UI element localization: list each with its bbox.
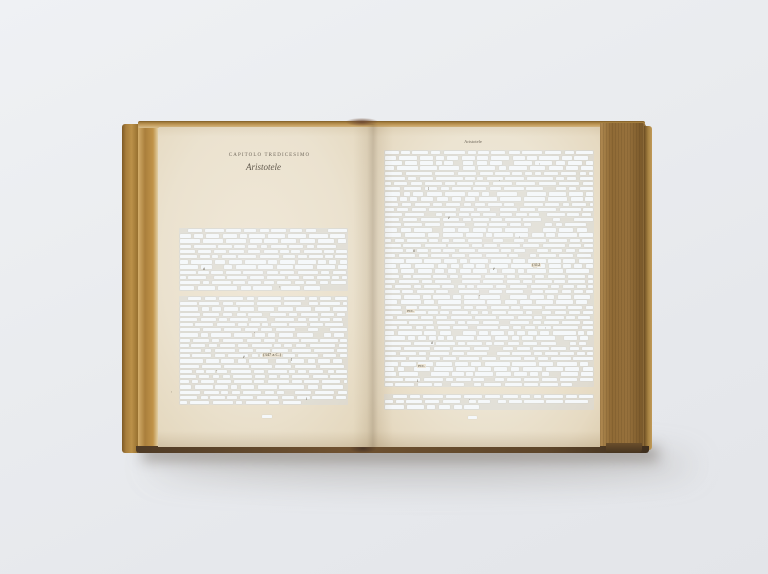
cut-out-word [203,313,219,316]
cut-out-word [570,342,576,345]
cut-out-word [437,321,455,324]
cut-out-word [412,208,425,211]
cut-out-word [477,208,490,211]
cut-out-word [444,223,464,226]
erased-text-line [385,233,593,236]
cut-out-word [579,249,593,252]
cut-out-word [226,271,241,274]
cut-out-word [239,349,253,352]
cut-out-word [436,342,454,345]
cut-out-word [332,276,339,279]
cut-out-word [433,275,447,278]
cut-out-word [419,254,428,257]
cut-out-word [456,367,475,370]
cut-out-word [211,333,232,336]
cut-out-word [296,307,311,310]
cut-out-word [500,208,517,211]
cut-out-word [224,307,238,310]
cut-out-word [477,177,483,180]
cut-out-word [385,151,399,154]
cut-out-word [473,269,487,272]
erased-text-line [385,311,593,314]
cut-out-word [525,326,535,329]
surviving-text-fragment: (312 [531,263,541,267]
cut-out-word [527,269,546,272]
cut-out-word [533,347,549,350]
cut-out-word [498,400,506,403]
cut-out-word [385,264,396,267]
cut-out-word [295,391,311,394]
erased-text-line [385,182,593,185]
cut-out-word [385,405,404,408]
cut-out-word [583,208,593,211]
cut-out-word [405,213,424,216]
cut-out-word [536,336,556,339]
erased-text-line [385,285,593,288]
cut-out-word [541,342,556,345]
cut-out-word [424,331,435,334]
cut-out-word [264,250,278,253]
cut-out-word [566,269,589,272]
cut-out-word [295,265,312,268]
cut-out-word [434,367,454,370]
cut-out-word [479,331,488,334]
cut-out-word [396,400,404,403]
erased-text-line [180,339,347,342]
cut-out-word [318,359,329,362]
cut-out-word [405,161,417,164]
cut-out-word [385,218,399,221]
cut-out-word [443,400,460,403]
cut-out-word [322,385,343,388]
cut-out-word [579,233,593,236]
erased-text-line [385,203,593,206]
cut-out-word [402,290,412,293]
cut-out-word [194,245,216,248]
cut-out-word [317,276,329,279]
cut-out-word [546,233,555,236]
cut-out-word [400,264,411,267]
cut-out-word [487,177,503,180]
cut-out-word [475,372,493,375]
cut-out-word [465,177,474,180]
cut-out-word [399,280,419,283]
cut-out-word [463,218,470,221]
cut-out-word [336,250,347,253]
cut-out-word [201,333,208,336]
cut-out-word [298,354,318,357]
cut-out-word [426,326,434,329]
cut-out-word [463,264,474,267]
cut-out-word [335,297,347,300]
cut-out-word [478,367,492,370]
cut-out-word [333,307,347,310]
cut-out-word [415,264,435,267]
cut-out-word [582,347,593,350]
cut-out-word [483,213,496,216]
cut-out-word [292,375,309,378]
cut-out-word [261,328,272,331]
cut-out-word [566,166,578,169]
cut-out-word [268,370,287,373]
erased-text-line [180,281,347,284]
cut-out-word [514,161,532,164]
cut-out-word [438,300,461,303]
cut-out-word [312,396,333,399]
page-block-left-edge [138,124,158,450]
cut-out-word [219,297,243,300]
cut-out-word [310,323,323,326]
cut-out-word [425,244,445,247]
cut-out-word [283,255,295,258]
cut-out-word [563,259,575,262]
cut-out-word [562,156,572,159]
cut-out-word [188,276,206,279]
cut-out-word [265,391,274,394]
cut-out-word [309,318,318,321]
cut-out-word [468,192,478,195]
cut-out-word [483,321,499,324]
cut-out-word [443,218,459,221]
erased-text-line [180,260,347,263]
cut-out-word [452,372,464,375]
cut-out-word [190,401,210,404]
cut-out-word [459,290,478,293]
cut-out-word [425,400,439,403]
cut-out-word [431,372,449,375]
cut-out-word [583,311,593,314]
cut-out-word [289,370,295,373]
cut-out-word [416,326,423,329]
cut-out-word [215,349,235,352]
cut-out-word [566,316,574,319]
cut-out-word [509,166,527,169]
cut-out-word [309,370,323,373]
cut-out-word [303,276,315,279]
cut-out-word [544,172,558,175]
cut-out-word [500,357,520,360]
cut-out-word [472,244,482,247]
cut-out-word [335,255,347,258]
cut-out-word [563,285,574,288]
cut-out-word [421,218,440,221]
tiny-letter-remnant: ' [254,332,255,335]
cut-out-word [425,223,440,226]
cut-out-word [409,357,426,360]
cut-out-word [204,391,219,394]
cut-out-word [545,306,566,309]
cut-out-word [399,254,416,257]
cut-out-word [424,285,440,288]
cut-out-word [543,228,556,231]
cut-out-word [490,161,503,164]
cut-out-word [466,372,473,375]
cut-out-word [485,395,500,398]
cut-out-word [559,228,573,231]
cut-out-word [399,326,412,329]
cut-out-word [443,233,464,236]
cut-out-word [289,323,307,326]
cut-out-word [580,378,593,381]
cut-out-word [458,172,476,175]
cut-out-word [385,213,402,216]
cut-out-word [523,342,536,345]
cut-out-word [549,166,564,169]
cut-out-word [289,313,297,316]
cut-out-word [402,203,412,206]
cut-out-word [473,378,484,381]
cut-out-word [438,264,447,267]
cut-out-word [385,378,403,381]
cut-out-word [254,380,263,383]
cut-out-word [215,385,227,388]
cut-out-word [301,313,319,316]
erased-text-line [180,318,347,321]
cut-out-word [588,280,593,283]
cut-out-word [579,259,593,262]
cut-out-word [281,286,300,289]
tiny-letter-remnant: , [545,325,546,328]
cut-out-word [324,333,331,336]
cut-out-word [284,344,292,347]
cut-out-word [180,375,196,378]
cut-out-word [307,245,314,248]
cut-out-word [268,234,285,237]
erased-text-line [180,365,347,368]
cut-out-word [497,192,517,195]
cut-out-word [289,245,302,248]
cut-out-word [427,192,441,195]
cut-out-word [180,333,198,336]
cut-out-word [205,297,216,300]
cut-out-word [410,395,420,398]
cut-out-word [556,177,563,180]
cut-out-word [385,331,394,334]
cut-out-word [249,234,265,237]
cut-out-word [269,375,277,378]
cut-out-word [188,229,202,232]
cut-out-word [546,400,562,403]
cut-out-word [473,187,486,190]
cut-out-word [201,380,214,383]
cut-out-word [343,302,347,305]
cut-out-word [475,203,485,206]
cut-out-word [180,239,200,242]
cut-out-word [385,357,406,360]
cut-out-word [234,245,245,248]
cut-out-word [504,187,524,190]
cut-out-word [420,161,433,164]
erased-text-line [385,336,593,339]
cut-out-word [328,229,347,232]
cut-out-word [283,401,301,404]
erased-text-line [180,380,347,383]
cut-out-word [233,375,252,378]
erased-text-line [385,367,593,370]
cut-out-word [404,347,431,350]
cut-out-word [260,255,279,258]
cut-out-word [440,311,449,314]
cut-out-word [336,396,346,399]
cut-out-word [566,395,577,398]
erased-text-line [385,244,593,247]
cut-out-word [206,234,218,237]
cut-out-word [224,265,232,268]
erased-text-line [385,295,593,298]
cut-out-word [586,264,593,267]
cut-out-word [331,281,347,284]
erased-text-line [180,391,347,394]
cut-out-word [274,344,281,347]
cut-out-word [406,249,413,252]
cut-out-word [512,362,535,365]
cut-out-word [514,239,524,242]
cut-out-word [438,336,444,339]
cut-out-word [385,311,402,314]
cut-out-word [456,336,474,339]
cut-out-word [267,276,285,279]
erased-text-line [385,400,593,403]
cut-out-word [578,316,590,319]
cut-out-word [221,391,228,394]
cut-out-word [240,234,247,237]
cut-out-word [444,161,453,164]
erased-text-line [385,269,593,272]
tiny-letter-remnant: ' [479,295,480,298]
cut-out-word [180,281,200,284]
cut-out-word [217,370,227,373]
cut-out-word [524,197,544,200]
cut-out-word [464,405,478,408]
cut-out-word [206,370,215,373]
cut-out-word [192,354,211,357]
cut-out-word [214,250,226,253]
erased-text-line [385,405,593,408]
cut-out-word [385,223,401,226]
cut-out-word [586,161,593,164]
cut-out-word [588,275,593,278]
cut-out-word [320,302,340,305]
erased-text-line [385,300,593,303]
cut-out-word [427,405,434,408]
cut-out-word [230,318,248,321]
cut-out-word [418,383,432,386]
cut-out-word [304,286,320,289]
cut-out-word [545,290,558,293]
cut-out-page-number [468,416,477,419]
cut-out-word [530,295,543,298]
cut-out-word [268,260,276,263]
cut-out-word [180,265,198,268]
cut-out-word [556,187,566,190]
cut-out-word [238,323,247,326]
cut-out-word [564,336,576,339]
erased-text-line [180,245,347,248]
cut-out-word [180,344,189,347]
cut-out-word [284,302,301,305]
cut-out-word [494,342,503,345]
cut-out-word [475,316,496,319]
cut-out-word [508,342,520,345]
cut-out-word [310,344,336,347]
cut-out-word [278,307,293,310]
cut-out-word [442,239,449,242]
cut-out-word [566,249,575,252]
cut-out-word [385,285,392,288]
cut-out-word [268,380,289,383]
erased-text-line [385,228,593,231]
cut-out-word [508,331,514,334]
cut-out-word [477,285,493,288]
cut-out-word [539,254,556,257]
cut-out-word [385,321,407,324]
tiny-letter-remnant: , [539,161,540,164]
cut-out-word [491,306,509,309]
cut-out-word [328,370,334,373]
photo-background: CAPITOLO TREDICESIMO Aristotele (347 a.C… [0,0,768,574]
cut-out-word [394,182,407,185]
cut-out-word [385,300,397,303]
cut-out-word [248,245,257,248]
cut-out-word [232,391,240,394]
book-cover-right-edge [644,126,652,450]
cut-out-word [218,286,237,289]
cut-out-word [240,396,253,399]
cut-out-word [180,365,199,368]
cut-out-word [549,192,566,195]
erased-text-line [180,255,347,258]
cut-out-word [385,342,411,345]
erased-text-line [385,172,593,175]
cut-out-word [518,269,524,272]
cut-out-word [180,276,186,279]
cut-out-word [567,177,576,180]
cut-out-word [493,239,503,242]
cut-out-word [404,295,420,298]
cut-out-word [292,380,302,383]
cut-out-word [576,300,588,303]
tiny-letter-remnant: ' [499,180,500,183]
cut-out-word [180,328,200,331]
cut-out-word [458,228,470,231]
cut-out-word [409,321,433,324]
cut-out-word [451,264,459,267]
cut-out-word [577,228,588,231]
cut-out-word [548,275,565,278]
cut-out-word [509,151,520,154]
cut-out-word [437,197,448,200]
cut-out-word [569,244,581,247]
cut-out-word [340,260,347,263]
cut-out-word [530,372,539,375]
cut-out-word [562,321,580,324]
cut-out-word [431,254,449,257]
erased-text-line [180,375,347,378]
cut-out-word [489,290,503,293]
cut-out-word [324,250,333,253]
cut-out-word [574,264,581,267]
cut-out-word [180,396,197,399]
cut-out-word [484,383,500,386]
cut-out-word [322,380,340,383]
cut-out-word [574,295,590,298]
tiny-letter-remnant: ' [469,399,470,402]
cut-out-word [549,264,561,267]
cut-out-word [586,306,593,309]
right-page: Aristotele (312ecc.ecc.,l'è,òè',àì' [373,127,600,447]
cut-out-word [579,342,586,345]
cut-out-word [534,395,541,398]
